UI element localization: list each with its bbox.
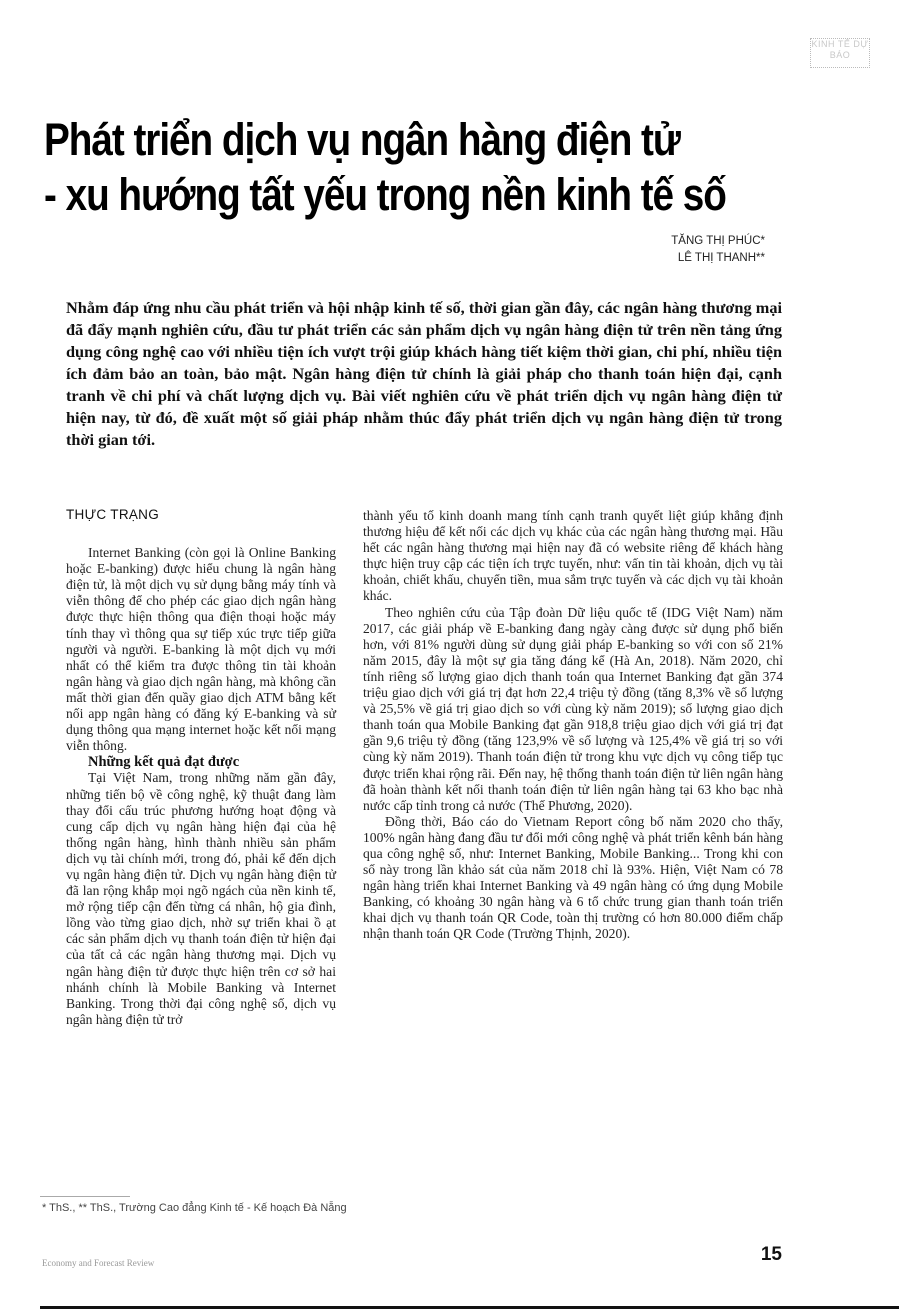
author-list: TĂNG THỊ PHÚC* LÊ THỊ THANH** <box>671 233 765 267</box>
body-paragraph: Theo nghiên cứu của Tập đoàn Dữ liệu quố… <box>363 605 783 814</box>
body-column-left: THỰC TRẠNG Internet Banking (còn gọi là … <box>66 507 336 1028</box>
article-title-line-2: - xu hướng tất yếu trong nền kinh tế số <box>44 169 726 220</box>
author-name: LÊ THỊ THANH** <box>671 250 765 267</box>
author-footnote: * ThS., ** ThS., Trường Cao đẳng Kinh tế… <box>42 1202 347 1214</box>
body-paragraph: Tại Việt Nam, trong những năm gần đây, n… <box>66 770 336 1028</box>
page-bottom-rule <box>40 1306 899 1309</box>
article-title: Phát triển dịch vụ ngân hàng điện tử - x… <box>44 112 698 222</box>
body-paragraph: Đồng thời, Báo cáo do Vietnam Report côn… <box>363 814 783 943</box>
article-abstract: Nhằm đáp ứng nhu cầu phát triển và hội n… <box>66 297 782 451</box>
journal-logo: KINH TẾ DỰ BÁO <box>810 38 870 68</box>
journal-name: Economy and Forecast Review <box>42 1258 154 1268</box>
journal-logo-text: KINH TẾ DỰ BÁO <box>811 39 868 60</box>
article-title-line-1: Phát triển dịch vụ ngân hàng điện tử <box>44 114 680 165</box>
body-column-right: thành yếu tố kinh doanh mang tính cạnh t… <box>363 508 783 943</box>
page-number: 15 <box>462 1244 782 1266</box>
subsection-heading: Những kết quả đạt được <box>66 754 336 770</box>
body-paragraph: thành yếu tố kinh doanh mang tính cạnh t… <box>363 508 783 605</box>
body-paragraph: Internet Banking (còn gọi là Online Bank… <box>66 545 336 754</box>
footnote-divider <box>40 1196 130 1197</box>
author-name: TĂNG THỊ PHÚC* <box>671 233 765 250</box>
section-heading: THỰC TRẠNG <box>66 507 336 523</box>
